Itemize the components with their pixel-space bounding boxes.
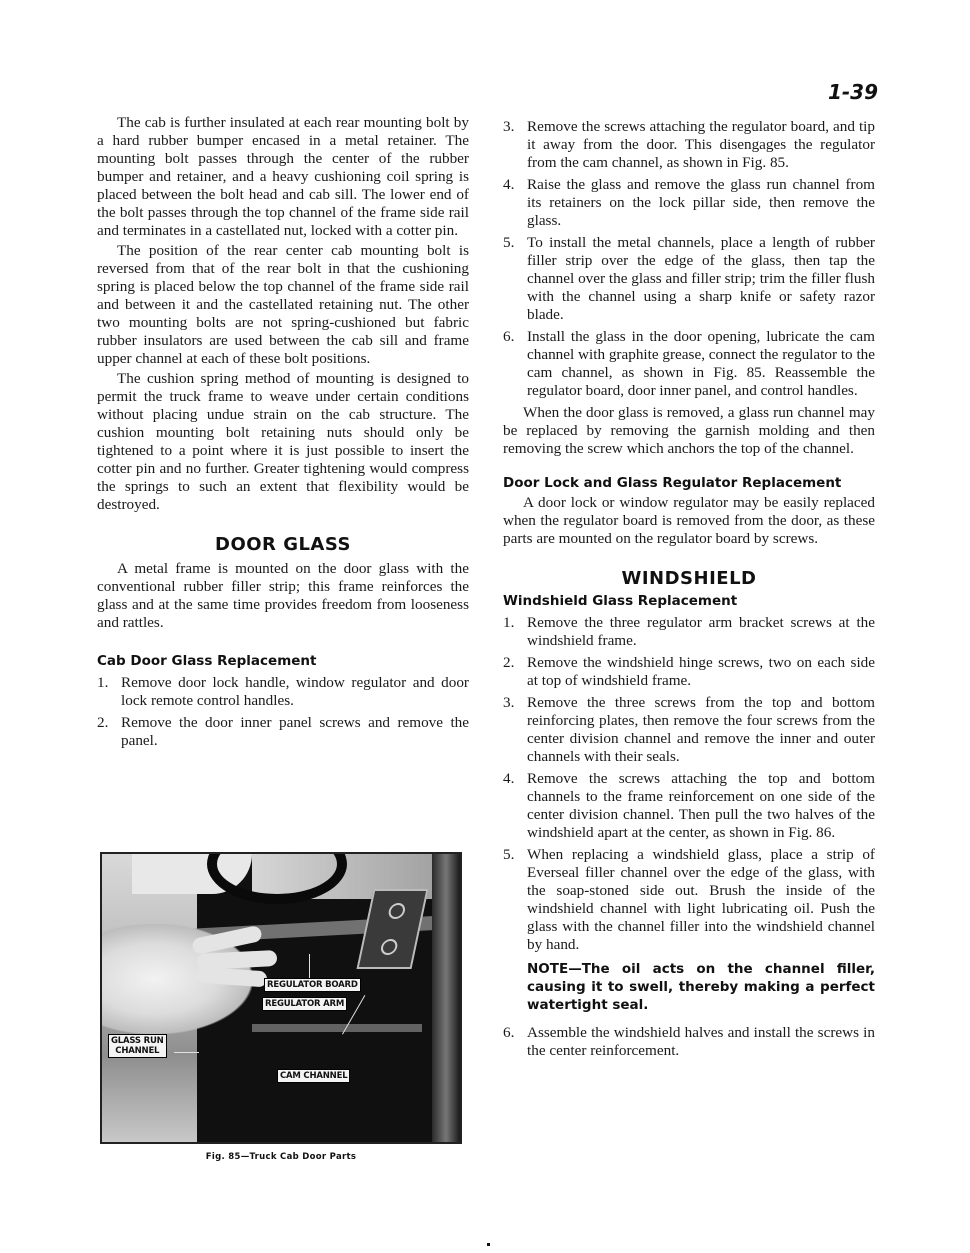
page-speck [487,1243,490,1246]
step-text: Remove the windshield hinge screws, two … [527,654,875,690]
step-text: Raise the glass and remove the glass run… [527,176,875,230]
note-oil-channel-filler: NOTE—The oil acts on the channel filler,… [527,960,875,1014]
step-text: When replacing a windshield glass, place… [527,846,875,954]
step-text: Install the glass in the door opening, l… [527,328,875,400]
step-text: To install the metal channels, place a l… [527,234,875,324]
step-text: Remove the screws attaching the top and … [527,770,875,842]
paragraph-rear-center-mounting: The position of the rear center cab moun… [97,242,469,368]
paragraph-glass-run-channel: When the door glass is removed, a glass … [503,404,875,458]
list-item: 1. Remove door lock handle, window regul… [97,674,469,710]
step-text: Assemble the windshield halves and insta… [527,1024,875,1060]
subhead-windshield-glass-replacement: Windshield Glass Replacement [503,592,875,610]
step-text: Remove the screws attaching the regulato… [527,118,875,172]
step-number: 6. [503,328,527,400]
step-number: 6. [503,1024,527,1060]
label-glass-run-channel-line1: GLASS RUN [111,1036,164,1046]
figure-hinge [356,889,428,969]
list-item: 5. To install the metal channels, place … [503,234,875,324]
subhead-cab-door-glass-replacement: Cab Door Glass Replacement [97,652,469,670]
page-number: 1-39 [828,80,878,104]
list-item: 6. Install the glass in the door opening… [503,328,875,400]
paragraph-door-lock: A door lock or window regulator may be e… [503,494,875,548]
list-item: 4. Raise the glass and remove the glass … [503,176,875,230]
step-number: 2. [503,654,527,690]
figure-truck-cab-door-parts: REGULATOR BOARD REGULATOR ARM GLASS RUN … [100,852,462,1144]
subhead-door-lock-regulator-replacement: Door Lock and Glass Regulator Replacemen… [503,474,875,492]
windshield-steps: 1. Remove the three regulator arm bracke… [503,614,875,954]
figure-door-edge [432,854,460,1142]
cab-door-glass-steps: 1. Remove door lock handle, window regul… [97,674,469,750]
list-item: 2. Remove the door inner panel screws an… [97,714,469,750]
cab-door-glass-steps-continued: 3. Remove the screws attaching the regul… [503,118,875,400]
step-text: Remove the three regulator arm bracket s… [527,614,875,650]
step-text: Remove the door inner panel screws and r… [121,714,469,750]
paragraph-rear-mounting: The cab is further insulated at each rea… [97,114,469,240]
step-number: 4. [503,770,527,842]
step-text: Remove the three screws from the top and… [527,694,875,766]
step-number: 4. [503,176,527,230]
step-number: 5. [503,234,527,324]
paragraph-door-glass: A metal frame is mounted on the door gla… [97,560,469,632]
label-glass-run-channel: GLASS RUN CHANNEL [108,1034,167,1058]
step-number: 3. [503,694,527,766]
list-item: 3. Remove the three screws from the top … [503,694,875,766]
label-regulator-arm: REGULATOR ARM [262,997,347,1011]
figure-caption: Fig. 85—Truck Cab Door Parts [100,1152,462,1162]
left-column: The cab is further insulated at each rea… [97,114,469,754]
figure-cam-channel-bar [252,1024,422,1032]
figure-leader-line [174,1052,199,1053]
right-column: 3. Remove the screws attaching the regul… [503,118,875,1064]
step-number: 1. [97,674,121,710]
step-number: 1. [503,614,527,650]
list-item: 5. When replacing a windshield glass, pl… [503,846,875,954]
list-item: 3. Remove the screws attaching the regul… [503,118,875,172]
list-item: 2. Remove the windshield hinge screws, t… [503,654,875,690]
label-regulator-board: REGULATOR BOARD [264,978,361,992]
section-title-windshield: WINDSHIELD [503,570,875,588]
windshield-final-step: 6. Assemble the windshield halves and in… [503,1024,875,1060]
paragraph-cushion-spring: The cushion spring method of mounting is… [97,370,469,514]
list-item: 4. Remove the screws attaching the top a… [503,770,875,842]
step-text: Remove door lock handle, window regulato… [121,674,469,710]
label-cam-channel: CAM CHANNEL [277,1069,350,1083]
section-title-door-glass: DOOR GLASS [97,536,469,554]
step-number: 2. [97,714,121,750]
list-item: 6. Assemble the windshield halves and in… [503,1024,875,1060]
label-glass-run-channel-line2: CHANNEL [111,1046,164,1056]
step-number: 3. [503,118,527,172]
step-number: 5. [503,846,527,954]
list-item: 1. Remove the three regulator arm bracke… [503,614,875,650]
